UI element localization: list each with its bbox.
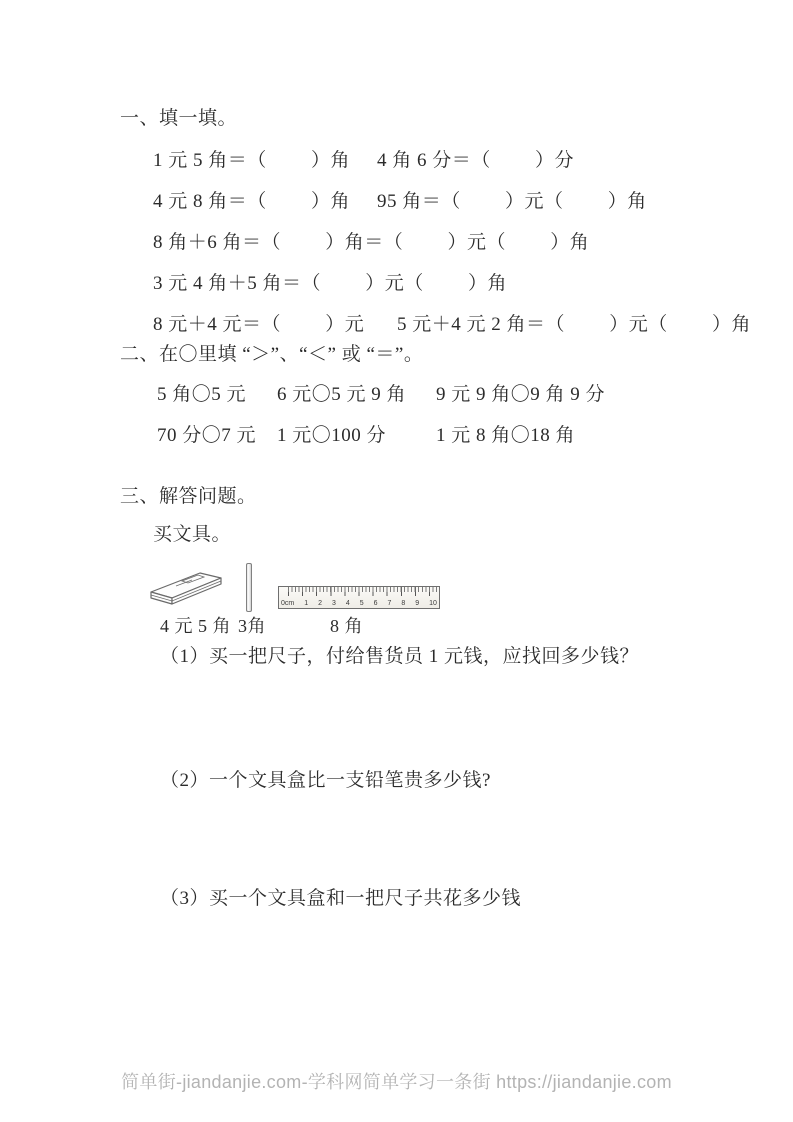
section3-subtitle: 买文具。 bbox=[153, 524, 231, 547]
worksheet-page: 一、填一填。 1 元 5 角＝（ ）角 4 角 6 分＝（ ）分 4 元 8 角… bbox=[0, 0, 793, 1122]
fill-blank-line: 95 角＝（ ）元（ ）角 bbox=[377, 191, 647, 214]
fill-blank-line: 3 元 4 角＋5 角＝（ ）元（ ）角 bbox=[153, 273, 507, 296]
ruler-ticks bbox=[288, 587, 438, 592]
ruler-price-label: 8 角 bbox=[330, 612, 363, 638]
question-1: （1）买一把尺子，付给售货员 1 元钱，应找回多少钱？ bbox=[160, 646, 639, 669]
fill-blank-line: 4 元 8 角＝（ ）角 bbox=[153, 191, 350, 214]
compare-item: 70 分〇7 元 bbox=[157, 425, 256, 448]
compare-item: 1 元 8 角〇18 角 bbox=[436, 425, 575, 448]
question-3: （3）买一个文具盒和一把尺子共花多少钱 bbox=[160, 888, 521, 911]
section3-heading: 三、解答问题。 bbox=[120, 486, 257, 509]
compare-item: 1 元〇100 分 bbox=[277, 425, 386, 448]
ruler-scale-numbers: 0cm12345678910 bbox=[281, 600, 437, 607]
fill-blank-line: 5 元＋4 元 2 角＝（ ）元（ ）角 bbox=[397, 314, 751, 337]
fill-blank-line: 8 角＋6 角＝（ ）角＝（ ）元（ ）角 bbox=[153, 232, 589, 255]
compare-item: 9 元 9 角〇9 角 9 分 bbox=[436, 384, 605, 407]
compare-item: 5 角〇5 元 bbox=[157, 384, 246, 407]
compare-item: 6 元〇5 元 9 角 bbox=[277, 384, 406, 407]
section1-heading: 一、填一填。 bbox=[120, 108, 237, 131]
ruler-image: 0cm12345678910 bbox=[278, 586, 440, 609]
pencil-image bbox=[246, 563, 252, 612]
watermark-footer: 简单街-jiandanjie.com-学科网简单学习一条街 https://ji… bbox=[0, 1068, 793, 1094]
question-2: （2）一个文具盒比一支铅笔贵多少钱? bbox=[160, 770, 491, 793]
pencil-box-price-label: 4 元 5 角 bbox=[160, 612, 231, 638]
fill-blank-line: 1 元 5 角＝（ ）角 bbox=[153, 150, 350, 173]
fill-blank-line: 4 角 6 分＝（ ）分 bbox=[377, 150, 574, 173]
pencil-price-label: 3角 bbox=[238, 612, 266, 638]
section2-heading: 二、在〇里填 “＞”、“＜” 或 “＝”。 bbox=[120, 344, 423, 367]
pencil-box-image bbox=[148, 566, 224, 612]
fill-blank-line: 8 元＋4 元＝（ ）元 bbox=[153, 314, 364, 337]
